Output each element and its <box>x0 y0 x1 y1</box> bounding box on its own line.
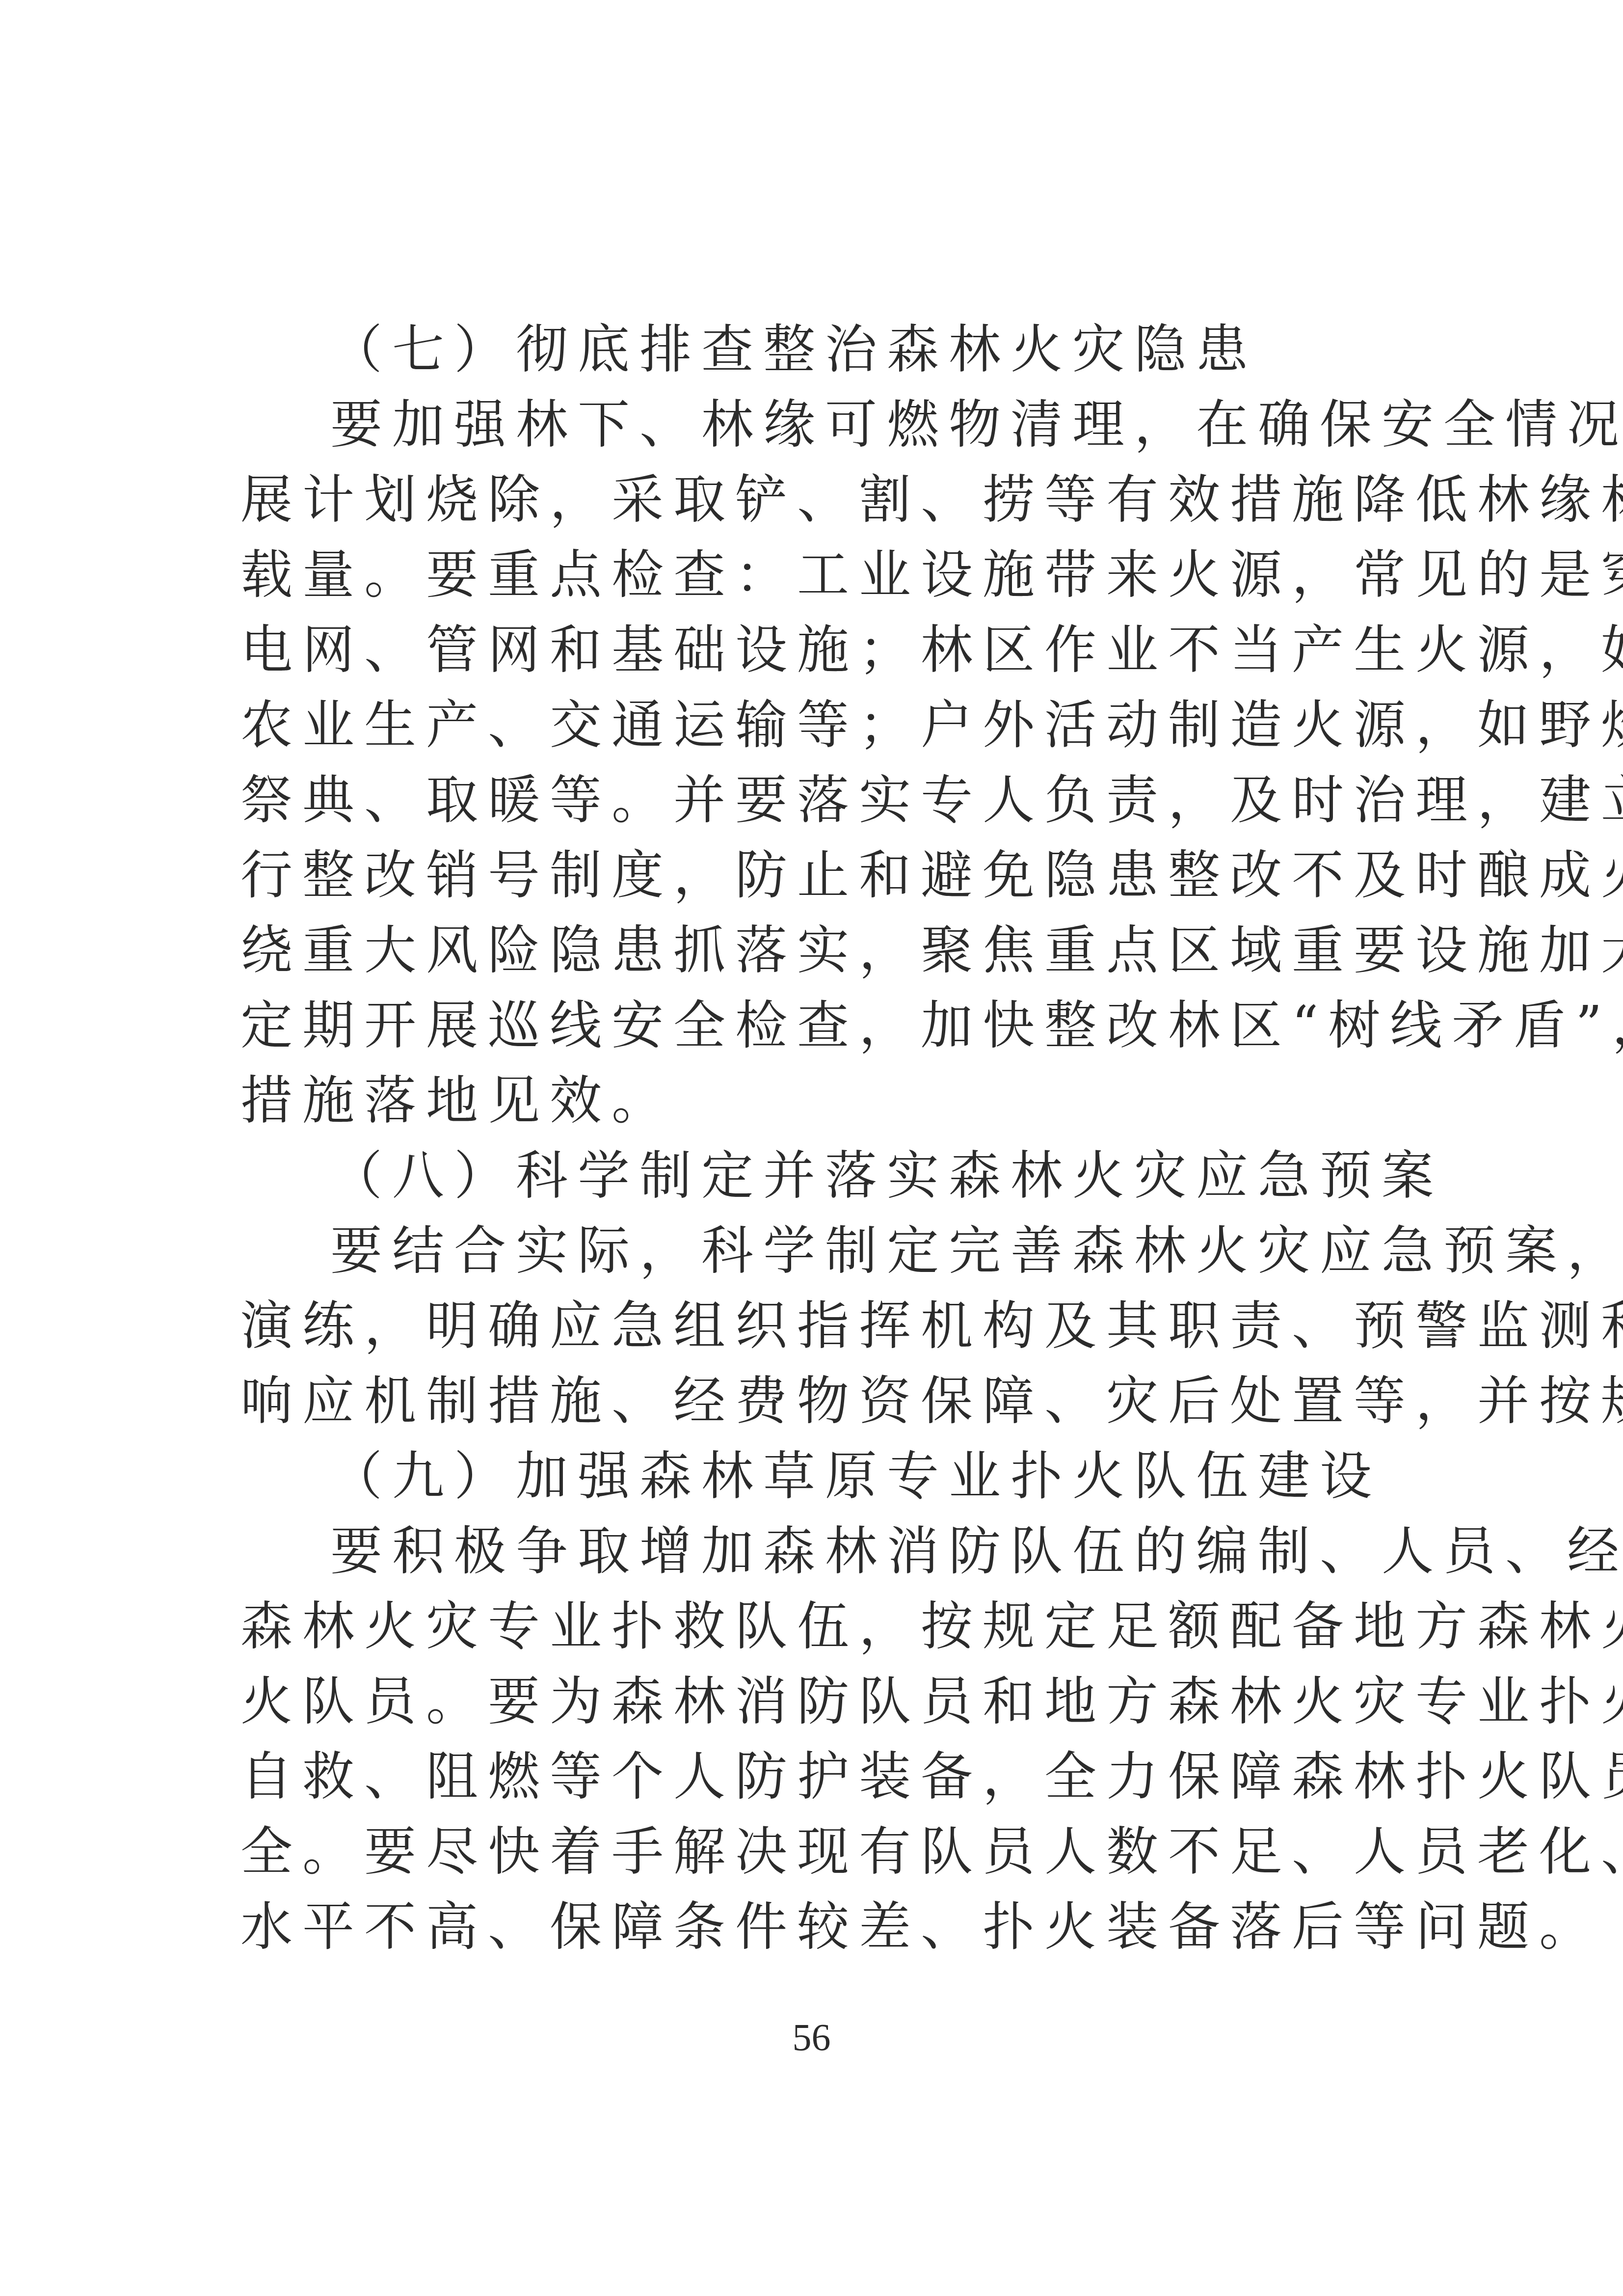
paragraph-line: 展计划烧除，采取铲、割、捞等有效措施降低林缘林下可燃物 <box>240 462 1356 537</box>
paragraph-line: 载量。要重点检查：工业设施带来火源，常见的是穿越林区的 <box>240 537 1356 612</box>
section-heading-7: （七）彻底排查整治森林火灾隐患 <box>240 312 1356 387</box>
paragraph-line: 森林火灾专业扑救队伍，按规定足额配备地方森林火灾专业扑 <box>240 1589 1356 1664</box>
paragraph-line: 自救、阻燃等个人防护装备，全力保障森林扑火队员的生命安 <box>240 1739 1356 1814</box>
section-heading-9: （九）加强森林草原专业扑火队伍建设 <box>240 1438 1356 1513</box>
paragraph-line: 水平不高、保障条件较差、扑火装备落后等问题。 <box>240 1889 1356 1964</box>
paragraph-line: 全。要尽快着手解决现有队员人数不足、人员老化、教育训练 <box>240 1814 1356 1889</box>
body-text: （七）彻底排查整治森林火灾隐患 要加强林下、林缘可燃物清理，在确保安全情况下有序… <box>240 312 1356 1964</box>
paragraph-line: 措施落地见效。 <box>240 1063 1356 1138</box>
paragraph-line: 电网、管网和基础设施；林区作业不当产生火源，如工业生产、 <box>240 612 1356 687</box>
paragraph-line: 祭典、取暖等。并要落实专人负责，及时治理，建立台账，实 <box>240 762 1356 837</box>
document-page: （七）彻底排查整治森林火灾隐患 要加强林下、林缘可燃物清理，在确保安全情况下有序… <box>0 0 1623 2296</box>
paragraph-line: 绕重大风险隐患抓落实，聚焦重点区域重要设施加大排查力度， <box>240 913 1356 988</box>
paragraph-line: 要积极争取增加森林消防队伍的编制、人员、经费，成立 <box>240 1513 1356 1589</box>
paragraph-line: 火队员。要为森林消防队员和地方森林火灾专业扑火队员配备 <box>240 1664 1356 1739</box>
page-number: 56 <box>0 2010 1623 2064</box>
paragraph-line: 响应机制措施、经费物资保障、灾后处置等，并按规定报备。 <box>240 1363 1356 1438</box>
paragraph-line: 演练，明确应急组织指挥机构及其职责、预警监测和信息报送、 <box>240 1288 1356 1363</box>
paragraph-line: 行整改销号制度，防止和避免隐患整改不及时酿成火灾。要围 <box>240 837 1356 913</box>
paragraph-line: 农业生产、交通运输等；户外活动制造火源，如野炊、吸烟、 <box>240 687 1356 762</box>
paragraph-line: 定期开展巡线安全检查，加快整改林区“树线矛盾”，确保各项 <box>240 988 1356 1063</box>
paragraph-line: 要加强林下、林缘可燃物清理，在确保安全情况下有序开 <box>240 387 1356 462</box>
paragraph-line: 要结合实际，科学制定完善森林火灾应急预案，定期组织 <box>240 1213 1356 1288</box>
section-heading-8: （八）科学制定并落实森林火灾应急预案 <box>240 1138 1356 1213</box>
